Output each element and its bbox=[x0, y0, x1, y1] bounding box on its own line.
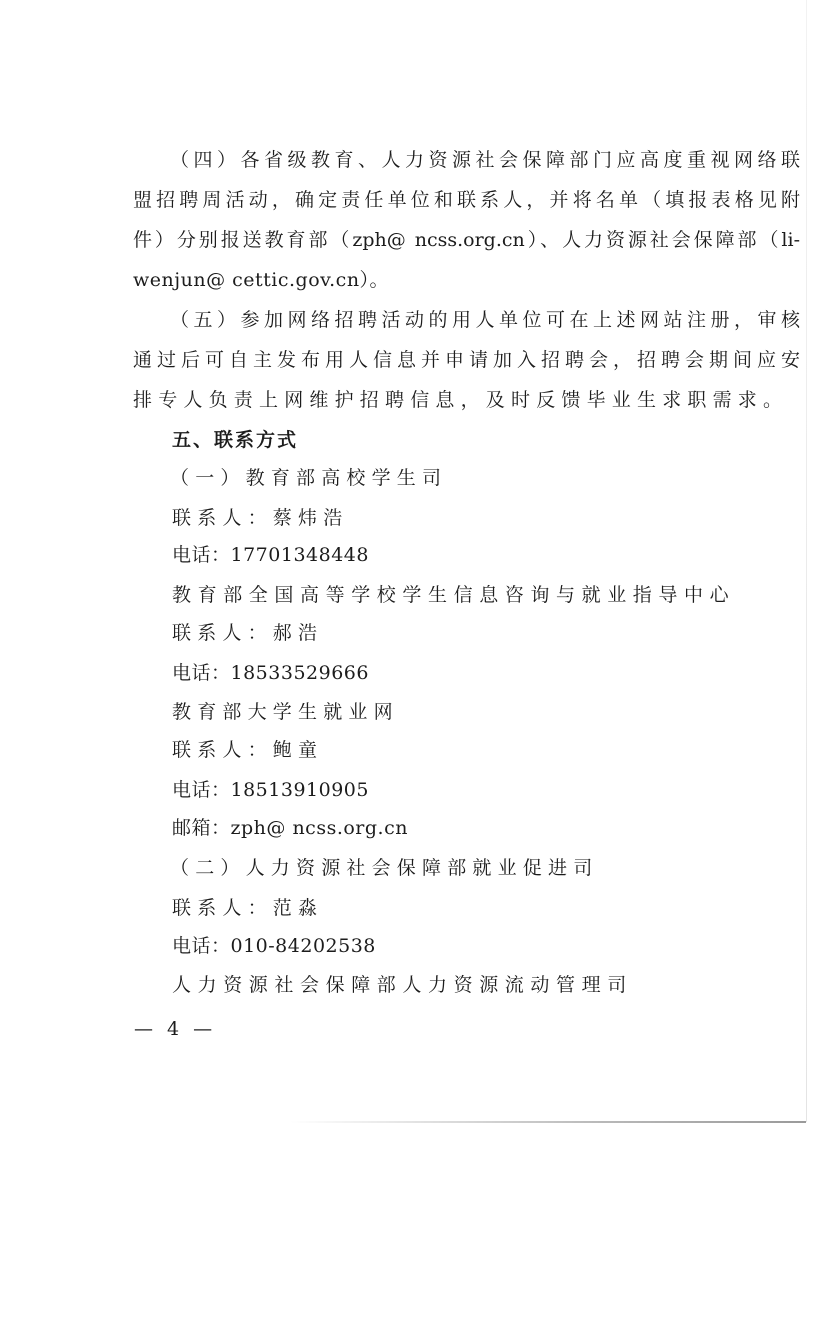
group-1-org-2: 教育部全国高等学校学生信息咨询与就业指导中心 bbox=[172, 583, 735, 607]
group-1-contact-1-person: 联系人：蔡炜浩 bbox=[172, 506, 348, 530]
scan-edge-bottom bbox=[290, 1121, 806, 1123]
group-2-org-2: 人力资源社会保障部人力资源流动管理司 bbox=[172, 973, 633, 997]
group-2-title: （二）人力资源社会保障部就业促进司 bbox=[170, 856, 598, 880]
group-2-contact-1-phone: 电话：010-84202538 bbox=[172, 934, 376, 958]
paragraph-5-line-2: 通过后可自主发布用人信息并申请加入招聘会，招聘会期间应安 bbox=[133, 348, 800, 372]
section-title-contact: 五、联系方式 bbox=[172, 428, 298, 452]
page-number: — 4 — bbox=[134, 1017, 216, 1041]
group-1-contact-3-person: 联系人：鲍童 bbox=[172, 738, 323, 762]
group-1-contact-3-email: 邮箱：zph@ ncss.org.cn bbox=[172, 816, 408, 840]
paragraph-4-line-2: 盟招聘周活动，确定责任单位和联系人，并将名单（填报表格见附 bbox=[133, 188, 800, 212]
paragraph-4-line-1: （四）各省级教育、人力资源社会保障部门应高度重视网络联 bbox=[170, 148, 800, 172]
group-1-contact-3-phone: 电话：18513910905 bbox=[172, 778, 369, 802]
scan-edge-right bbox=[806, 0, 807, 1122]
group-2-contact-1-person: 联系人：范淼 bbox=[172, 896, 323, 920]
group-1-title: （一）教育部高校学生司 bbox=[170, 466, 447, 490]
paragraph-4-line-4: wenjun@ cettic.gov.cn）。 bbox=[133, 268, 389, 292]
group-1-contact-2-phone: 电话：18533529666 bbox=[172, 661, 369, 685]
paragraph-5-line-3: 排专人负责上网维护招聘信息，及时反馈毕业生求职需求。 bbox=[133, 388, 788, 412]
paragraph-5-line-1: （五）参加网络招聘活动的用人单位可在上述网站注册，审核 bbox=[170, 308, 800, 332]
document-page: （四）各省级教育、人力资源社会保障部门应高度重视网络联 盟招聘周活动，确定责任单… bbox=[0, 0, 816, 1344]
group-1-contact-2-person: 联系人：郝浩 bbox=[172, 621, 323, 645]
paragraph-4-line-3: 件）分别报送教育部（zph@ ncss.org.cn）、人力资源社会保障部（li… bbox=[133, 228, 800, 252]
group-1-org-3: 教育部大学生就业网 bbox=[172, 700, 399, 724]
group-1-contact-1-phone: 电话：17701348448 bbox=[172, 543, 369, 567]
